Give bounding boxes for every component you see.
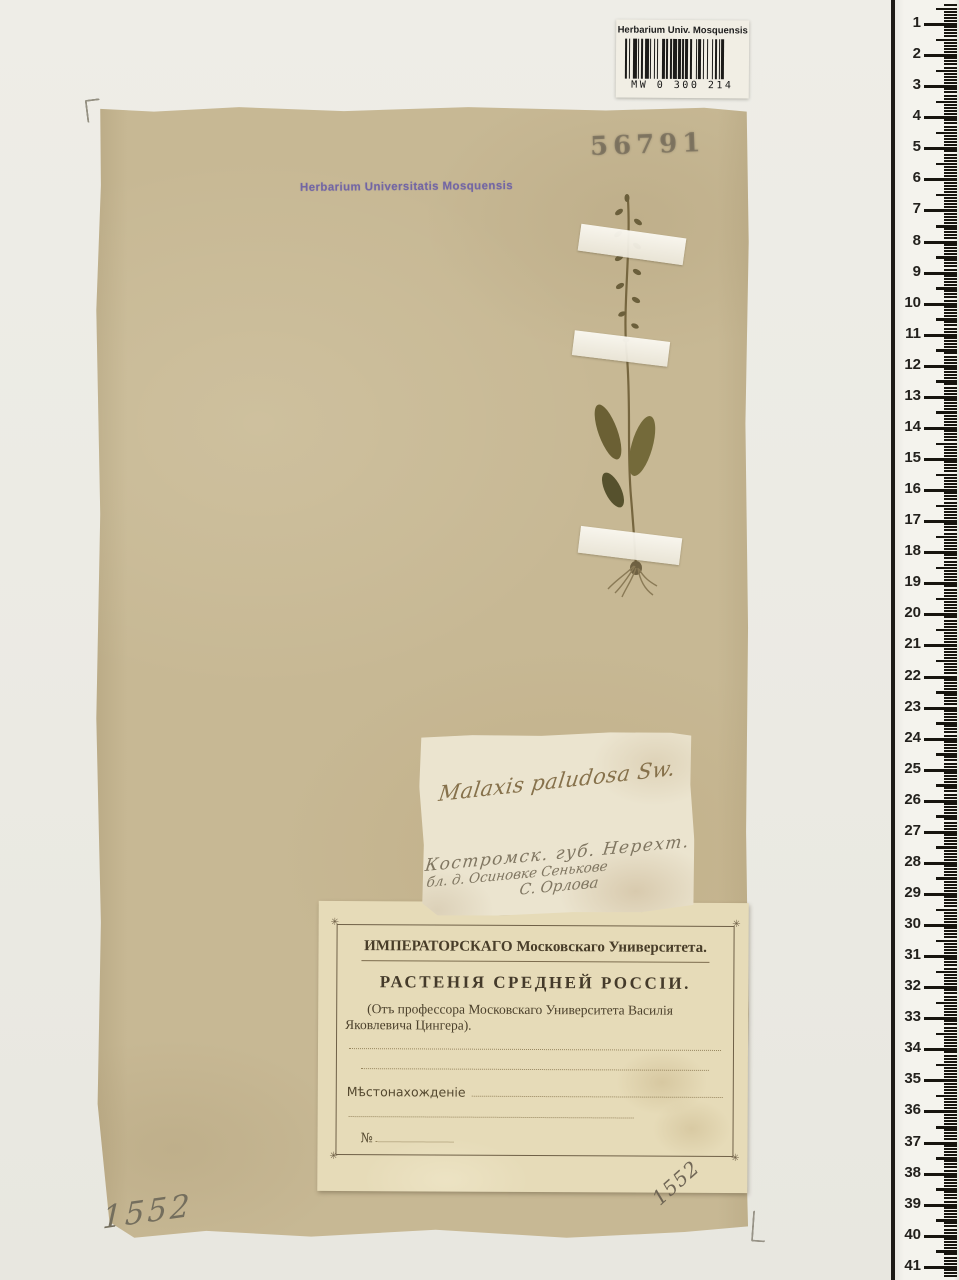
ruler-tick — [944, 203, 957, 205]
ruler-tick — [944, 119, 957, 121]
ruler-tick — [944, 1114, 957, 1116]
ruler-tick — [944, 175, 957, 177]
ruler-tick — [944, 346, 957, 348]
ruler-tick — [944, 735, 957, 737]
ruler-tick — [944, 138, 957, 140]
ruler-number: 30 — [904, 915, 921, 932]
ruler-tick — [944, 669, 957, 671]
ruler-tick — [944, 1008, 957, 1010]
ruler-tick — [944, 1086, 957, 1088]
ruler-tick — [944, 237, 957, 239]
ruler-tick — [944, 356, 957, 358]
ruler-tick — [944, 424, 957, 426]
ruler-tick — [944, 324, 957, 326]
ruler-tick — [944, 626, 957, 628]
ruler-tick — [944, 197, 957, 199]
ruler-number: 9 — [913, 263, 921, 280]
ruler-tick — [944, 244, 957, 246]
ruler-tick — [944, 918, 957, 920]
location-field: Мѣстонахожденіе — [347, 1083, 723, 1101]
ruler-number: 1 — [913, 14, 921, 31]
ruler-tick — [944, 477, 957, 479]
ruler-tick — [944, 157, 957, 159]
ruler-tick — [944, 262, 957, 264]
ruler-tick — [944, 968, 957, 970]
ruler-tick — [944, 1272, 957, 1274]
ruler-tick — [944, 498, 957, 500]
corner-ornament: ✳ — [331, 917, 339, 928]
ruler-tick — [944, 253, 957, 255]
ruler-tick — [944, 88, 957, 90]
ruler-tick — [944, 191, 957, 193]
ruler-tick — [944, 1253, 957, 1255]
ruler-tick — [944, 1241, 957, 1243]
ruler-tick — [944, 964, 957, 966]
ruler-tick — [944, 405, 957, 407]
ruler-tick — [944, 1014, 957, 1016]
ruler-tick — [944, 231, 957, 233]
barcode — [624, 39, 740, 80]
ruler-tick — [944, 290, 957, 292]
ruler-tick — [944, 281, 957, 283]
ruler-tick — [944, 166, 957, 168]
ruler-tick — [944, 1210, 957, 1212]
ruler-number: 33 — [904, 1008, 921, 1025]
ruler-tick — [944, 377, 957, 379]
ruler-tick — [944, 825, 957, 827]
ruler-tick — [944, 1055, 957, 1057]
ruler-tick — [944, 635, 957, 637]
ruler-tick — [944, 73, 957, 75]
ruler-tick — [944, 160, 957, 162]
ruler-number: 19 — [904, 573, 921, 590]
ruler-tick — [944, 912, 957, 914]
ruler-tick — [944, 216, 957, 218]
ruler-tick — [944, 595, 957, 597]
ruler-tick — [944, 461, 957, 463]
plant-leaves — [589, 401, 660, 510]
barcode-institution-text: Herbarium Univ. Mosquensis — [618, 25, 748, 37]
ruler-tick — [944, 818, 957, 820]
ruler-tick — [944, 213, 957, 215]
ruler-number: 21 — [904, 635, 921, 652]
ruler-tick — [944, 517, 957, 519]
ruler-tick — [944, 1120, 957, 1122]
ruler-tick — [944, 32, 957, 34]
ruler-tick — [944, 306, 957, 308]
ruler-tick — [944, 1170, 957, 1172]
ruler-number: 38 — [904, 1164, 921, 1181]
ruler-tick — [944, 620, 957, 622]
ruler-tick — [944, 1039, 957, 1041]
ruler-tick — [944, 570, 957, 572]
ruler-tick — [944, 927, 957, 929]
ruler-tick — [944, 610, 957, 612]
ruler-tick — [944, 856, 957, 858]
ruler-tick — [944, 514, 957, 516]
ruler-tick — [944, 654, 957, 656]
ruler-tick — [944, 293, 957, 295]
ruler-tick — [944, 337, 957, 339]
ruler-number: 15 — [904, 449, 921, 466]
ruler-tick — [944, 688, 957, 690]
ruler-tick — [944, 4, 957, 6]
ruler-tick — [944, 452, 957, 454]
ruler-tick — [944, 483, 957, 485]
ruler-tick — [944, 592, 957, 594]
ruler-tick — [944, 436, 957, 438]
ruler-tick — [944, 1117, 957, 1119]
ruler-number: 24 — [904, 729, 921, 746]
ruler-tick — [944, 766, 957, 768]
ruler-tick — [944, 1163, 957, 1165]
ruler-tick — [944, 759, 957, 761]
ruler-tick — [944, 604, 957, 606]
ruler-tick — [944, 182, 957, 184]
ruler-tick — [944, 371, 957, 373]
ruler-tick — [944, 763, 957, 765]
ruler-tick — [944, 154, 957, 156]
ruler-tick — [944, 446, 957, 448]
ruler-tick — [944, 1104, 957, 1106]
ruler-tick — [944, 206, 957, 208]
ruler-tick — [944, 958, 957, 960]
ruler-tick — [944, 1260, 957, 1262]
accession-number-stamp: 56791 — [590, 128, 706, 162]
ruler-tick — [944, 905, 957, 907]
ruler-tick — [944, 542, 957, 544]
ruler-tick — [944, 1098, 957, 1100]
ruler-tick — [944, 480, 957, 482]
ruler-tick — [944, 787, 957, 789]
ruler-tick — [944, 95, 957, 97]
label-underline — [361, 960, 709, 963]
ruler-tick — [944, 585, 957, 587]
dotted-rule — [349, 1048, 721, 1051]
ruler-tick — [944, 1138, 957, 1140]
ruler-tick — [944, 390, 957, 392]
ruler-tick — [944, 129, 957, 131]
ruler-tick — [944, 449, 957, 451]
ruler-tick — [944, 999, 957, 1001]
ruler-tick — [944, 486, 957, 488]
ruler-tick — [944, 60, 957, 62]
ruler-tick — [944, 402, 957, 404]
ruler-tick — [944, 837, 957, 839]
printed-label: ✳ ✳ ✳ ✳ ИМПЕРАТОРСКАГО Московскаго Униве… — [317, 901, 749, 1193]
ruler-number: 11 — [905, 325, 921, 342]
ruler-tick — [944, 1185, 957, 1187]
ruler-tick — [944, 902, 957, 904]
ruler: 1234567891011121314151617181920212223242… — [891, 0, 959, 1280]
ruler-number: 4 — [913, 107, 921, 124]
ruler-tick — [944, 1027, 957, 1029]
ruler-tick — [944, 374, 957, 376]
ruler-tick — [944, 362, 957, 364]
ruler-tick — [944, 983, 957, 985]
ruler-tick — [944, 1244, 957, 1246]
barcode-label: Herbarium Univ. Mosquensis MW 0 300 214 — [616, 20, 750, 99]
ruler-tick — [944, 1160, 957, 1162]
label-series-title: РАСТЕНІЯ СРЕДНЕЙ РОССІИ. — [337, 972, 733, 994]
ruler-tick — [944, 747, 957, 749]
ruler-tick — [944, 200, 957, 202]
ruler-number: 3 — [913, 76, 921, 93]
ruler-tick — [944, 126, 957, 128]
ruler-tick — [944, 1232, 957, 1234]
ruler-number: 40 — [904, 1226, 921, 1243]
ruler-tick — [944, 172, 957, 174]
ruler-tick — [944, 1145, 957, 1147]
ruler-tick — [944, 980, 957, 982]
ruler-tick — [944, 1036, 957, 1038]
ruler-tick — [944, 418, 957, 420]
plant-roots — [608, 561, 657, 597]
ruler-tick — [944, 1238, 957, 1240]
ruler-tick — [944, 697, 957, 699]
ruler-tick — [944, 822, 957, 824]
ruler-tick — [944, 1275, 957, 1277]
ruler-tick — [944, 641, 957, 643]
ruler-tick — [944, 511, 957, 513]
ruler-tick — [944, 1011, 957, 1013]
ruler-number: 29 — [904, 884, 921, 901]
ruler-tick — [944, 14, 957, 16]
ruler-tick — [944, 1207, 957, 1209]
ruler-tick — [944, 915, 957, 917]
ruler-number: 20 — [904, 604, 921, 621]
ruler-tick — [944, 408, 957, 410]
ruler-tick — [944, 63, 957, 65]
ruler-number: 2 — [913, 45, 921, 62]
pencil-corner-mark-bottom-right — [751, 1211, 767, 1243]
ruler-tick — [944, 638, 957, 640]
ruler-number: 35 — [904, 1070, 921, 1087]
ruler-tick — [944, 300, 957, 302]
ruler-tick — [944, 868, 957, 870]
ruler-tick — [944, 1222, 957, 1224]
ruler-tick — [944, 1061, 957, 1063]
ruler-tick — [944, 104, 957, 106]
ruler-tick — [944, 871, 957, 873]
ruler-tick — [944, 45, 957, 47]
ruler-tick — [944, 312, 957, 314]
ruler-tick — [944, 874, 957, 876]
ruler-tick — [944, 383, 957, 385]
ruler-number: 25 — [904, 760, 921, 777]
label-border-frame: ✳ ✳ ✳ ✳ ИМПЕРАТОРСКАГО Московскаго Униве… — [335, 924, 734, 1157]
ruler-tick — [944, 921, 957, 923]
ruler-tick — [944, 1023, 957, 1025]
ruler-number: 17 — [904, 511, 921, 528]
ruler-tick — [944, 296, 957, 298]
ruler-tick — [944, 896, 957, 898]
ruler-tick — [944, 113, 957, 115]
ruler-tick — [944, 328, 957, 330]
ruler-tick — [944, 741, 957, 743]
ruler-tick — [944, 275, 957, 277]
ruler-number: 41 — [904, 1257, 921, 1274]
ruler-tick — [944, 843, 957, 845]
ruler-tick — [944, 1191, 957, 1193]
ruler-tick — [944, 700, 957, 702]
ruler-tick — [944, 579, 957, 581]
ruler-tick — [944, 548, 957, 550]
ruler-tick — [944, 794, 957, 796]
ruler-tick — [944, 523, 957, 525]
ruler-tick — [944, 1070, 957, 1072]
ruler-number: 28 — [904, 853, 921, 870]
ruler-tick — [944, 859, 957, 861]
ruler-tick — [944, 1092, 957, 1094]
label-credit-line-2: Яковлевича Цингера). — [337, 1017, 733, 1035]
ruler-tick — [944, 1257, 957, 1259]
corner-ornament: ✳ — [732, 919, 740, 930]
ruler-tick — [944, 51, 957, 53]
ruler-tick — [944, 719, 957, 721]
ruler-tick — [944, 996, 957, 998]
ruler-tick — [944, 607, 957, 609]
ruler-number: 6 — [913, 169, 921, 186]
ruler-tick — [944, 930, 957, 932]
ruler-tick — [944, 98, 957, 100]
ruler-tick — [944, 1201, 957, 1203]
ruler-tick — [944, 576, 957, 578]
ruler-tick — [944, 247, 957, 249]
ruler-tick — [944, 1083, 957, 1085]
ruler-tick — [944, 881, 957, 883]
ruler-number: 16 — [904, 480, 921, 497]
ruler-tick — [944, 26, 957, 28]
pencil-corner-mark-top-left — [85, 98, 103, 123]
number-field-label: № — [360, 1131, 372, 1146]
ruler-tick — [944, 694, 957, 696]
ruler-tick — [944, 1213, 957, 1215]
ruler-tick — [944, 1089, 957, 1091]
ruler-tick — [944, 1129, 957, 1131]
ruler-tick — [944, 682, 957, 684]
ruler-tick — [944, 470, 957, 472]
ruler-tick — [944, 1182, 957, 1184]
ruler-tick — [944, 887, 957, 889]
ruler-tick — [944, 415, 957, 417]
ruler-tick — [944, 853, 957, 855]
ruler-tick — [944, 685, 957, 687]
ruler-tick — [944, 778, 957, 780]
ruler-tick — [944, 150, 957, 152]
ruler-tick — [944, 850, 957, 852]
ruler-tick — [944, 11, 957, 13]
ruler-tick — [944, 42, 957, 44]
ruler-tick — [944, 1247, 957, 1249]
barcode-number-text: MW 0 300 214 — [631, 80, 733, 92]
location-field-label: Мѣстонахожденіе — [347, 1084, 466, 1100]
ruler-tick — [944, 387, 957, 389]
ruler-tick — [944, 589, 957, 591]
corner-ornament: ✳ — [731, 1153, 739, 1164]
ruler-tick — [944, 781, 957, 783]
ruler-tick — [944, 1045, 957, 1047]
ruler-tick — [944, 35, 957, 37]
ruler-tick — [944, 790, 957, 792]
ruler-tick — [944, 464, 957, 466]
ruler-tick — [944, 185, 957, 187]
ruler-number: 14 — [904, 418, 921, 435]
ruler-tick — [944, 1005, 957, 1007]
ruler-tick — [944, 76, 957, 78]
ruler-number: 39 — [904, 1195, 921, 1212]
ruler-tick — [944, 865, 957, 867]
ruler-tick — [944, 834, 957, 836]
ruler-tick — [944, 557, 957, 559]
ruler-tick — [944, 1132, 957, 1134]
ruler-tick — [944, 110, 957, 112]
ruler-tick — [944, 775, 957, 777]
ruler-tick — [944, 433, 957, 435]
ruler-tick — [944, 1225, 957, 1227]
ruler-number: 18 — [904, 542, 921, 559]
ruler-tick — [944, 672, 957, 674]
ruler-tick — [944, 703, 957, 705]
ruler-tick — [944, 91, 957, 93]
ruler-tick — [944, 806, 957, 808]
ruler-tick — [944, 890, 957, 892]
ruler-number: 8 — [913, 232, 921, 249]
ruler-tick — [944, 1148, 957, 1150]
label-institution: ИМПЕРАТОРСКАГО Московскаго Университета. — [337, 938, 733, 957]
ruler-tick — [944, 1076, 957, 1078]
ruler-tick — [944, 632, 957, 634]
number-field: № — [360, 1130, 732, 1148]
ruler-tick — [944, 455, 957, 457]
ruler-number: 34 — [904, 1039, 921, 1056]
ruler-tick — [944, 502, 957, 504]
ruler-number: 26 — [904, 791, 921, 808]
ruler-tick — [944, 756, 957, 758]
dotted-rule — [361, 1068, 709, 1071]
ruler-number: 37 — [904, 1133, 921, 1150]
ruler-tick — [944, 1269, 957, 1271]
ruler-tick — [944, 141, 957, 143]
locality-handwriting: Костромск. губ. Нерехт. у. бл. д. Осинов… — [424, 830, 718, 907]
ruler-tick — [944, 561, 957, 563]
ruler-number: 31 — [904, 946, 921, 963]
ruler-tick — [944, 393, 957, 395]
ruler-tick — [944, 17, 957, 19]
ruler-tick — [944, 772, 957, 774]
ruler-tick — [944, 840, 957, 842]
dotted-rule — [349, 1116, 634, 1118]
ruler-tick — [944, 679, 957, 681]
ruler-tick — [944, 1197, 957, 1199]
ruler-tick — [944, 250, 957, 252]
ruler-number: 27 — [904, 822, 921, 839]
ruler-tick — [944, 269, 957, 271]
ruler-tick — [944, 1020, 957, 1022]
ruler-tick — [944, 48, 957, 50]
ruler-tick — [944, 430, 957, 432]
ruler-tick — [944, 67, 957, 69]
ruler-tick — [944, 309, 957, 311]
ruler-number: 32 — [904, 977, 921, 994]
ruler-tick — [944, 492, 957, 494]
ruler-tick — [944, 1229, 957, 1231]
ruler-tick — [944, 169, 957, 171]
ruler-tick — [944, 716, 957, 718]
ruler-tick — [944, 946, 957, 948]
ruler-tick — [944, 989, 957, 991]
ruler-tick — [944, 495, 957, 497]
